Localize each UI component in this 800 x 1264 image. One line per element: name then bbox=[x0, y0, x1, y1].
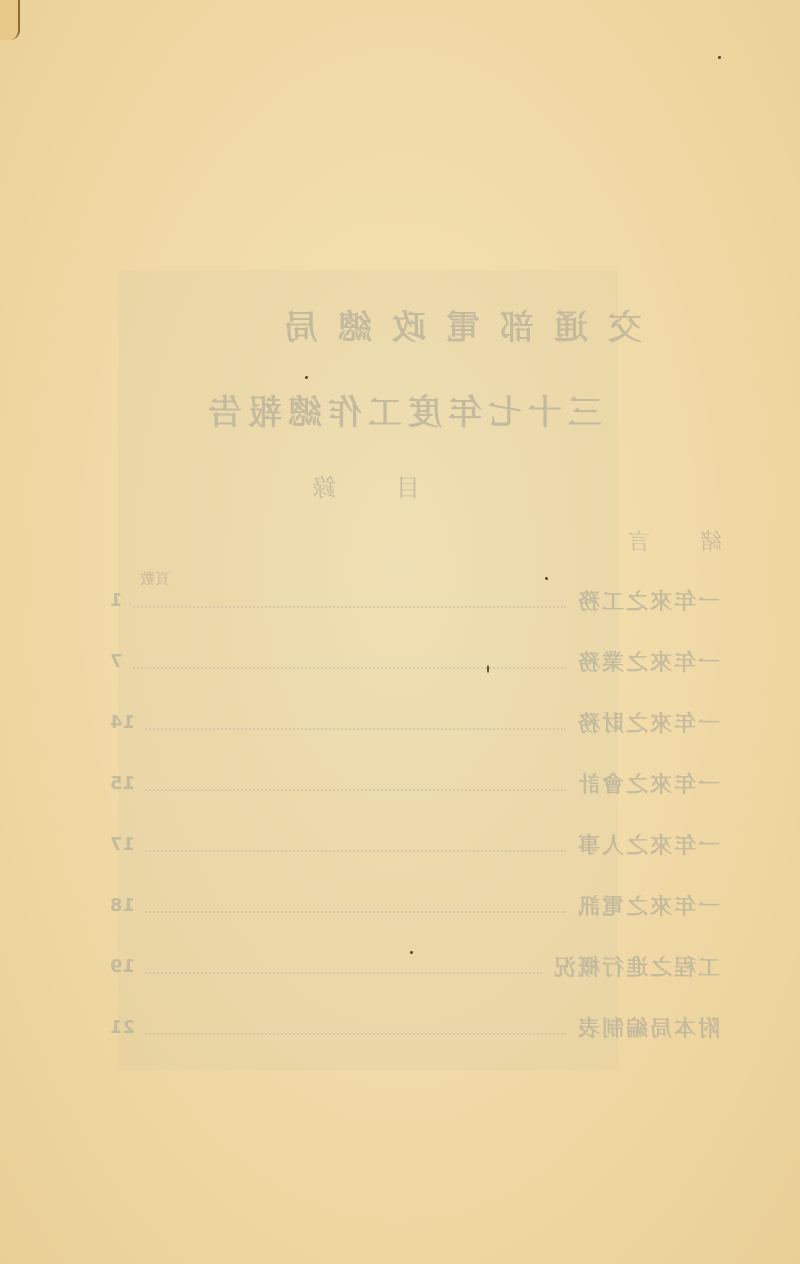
toc-entry: 一年來之工務1 bbox=[110, 585, 720, 615]
showthrough-text-layer: 交通部電政總局 三十七年度工作總報告 目錄 緒言 頁數 一年來之工務1一年來之業… bbox=[0, 0, 800, 1264]
speck bbox=[305, 376, 308, 379]
toc-entry-page: 1 bbox=[110, 590, 123, 611]
speck bbox=[718, 56, 721, 59]
toc-entry-label: 一年來之業務 bbox=[576, 646, 720, 677]
dotted-leader bbox=[133, 653, 566, 669]
dotted-leader bbox=[145, 1019, 566, 1035]
toc-entry-label: 一年來之電訊 bbox=[576, 890, 720, 921]
toc-entry: 一年來之業務7 bbox=[110, 646, 720, 676]
dotted-leader bbox=[145, 775, 566, 791]
toc-entry-page: 15 bbox=[110, 773, 135, 794]
toc-entry-label: 一年來之人事 bbox=[576, 829, 720, 860]
toc-entry-page: 7 bbox=[110, 651, 123, 672]
document-title: 三十七年度工作總報告 bbox=[202, 385, 602, 434]
section-heading: 緒言 bbox=[578, 525, 722, 556]
header-line: 交通部電政總局 bbox=[264, 300, 642, 349]
toc-entry-page: 18 bbox=[110, 895, 135, 916]
dotted-leader bbox=[145, 836, 566, 852]
toc-entry-page: 19 bbox=[110, 956, 135, 977]
toc-entry: 一年來之電訊18 bbox=[110, 890, 720, 920]
speck bbox=[487, 665, 489, 673]
speck bbox=[410, 951, 413, 954]
toc-entry: 一年來之人事17 bbox=[110, 829, 720, 859]
toc-entry: 一年來之財務14 bbox=[110, 707, 720, 737]
toc-entry-label: 一年來之財務 bbox=[576, 707, 720, 738]
toc-entry-page: 14 bbox=[110, 712, 135, 733]
toc-entry-label: 工程之進行概況 bbox=[552, 951, 720, 982]
toc-entry: 工程之進行概況19 bbox=[110, 951, 720, 981]
toc-entry-page: 21 bbox=[110, 1017, 135, 1038]
toc-entry-label: 一年來之工務 bbox=[576, 585, 720, 616]
speck bbox=[545, 577, 548, 580]
toc-entry-label: 附本局編制表 bbox=[576, 1012, 720, 1043]
dotted-leader bbox=[145, 958, 542, 974]
dotted-leader bbox=[145, 714, 566, 730]
toc-entry-page: 17 bbox=[110, 834, 135, 855]
toc-entry-label: 一年來之會計 bbox=[576, 768, 720, 799]
dotted-leader bbox=[145, 897, 566, 913]
toc-entry: 一年來之會計15 bbox=[110, 768, 720, 798]
dotted-leader bbox=[133, 592, 566, 608]
toc-entry: 附本局編制表21 bbox=[110, 1012, 720, 1042]
toc-heading: 目錄 bbox=[252, 468, 420, 503]
